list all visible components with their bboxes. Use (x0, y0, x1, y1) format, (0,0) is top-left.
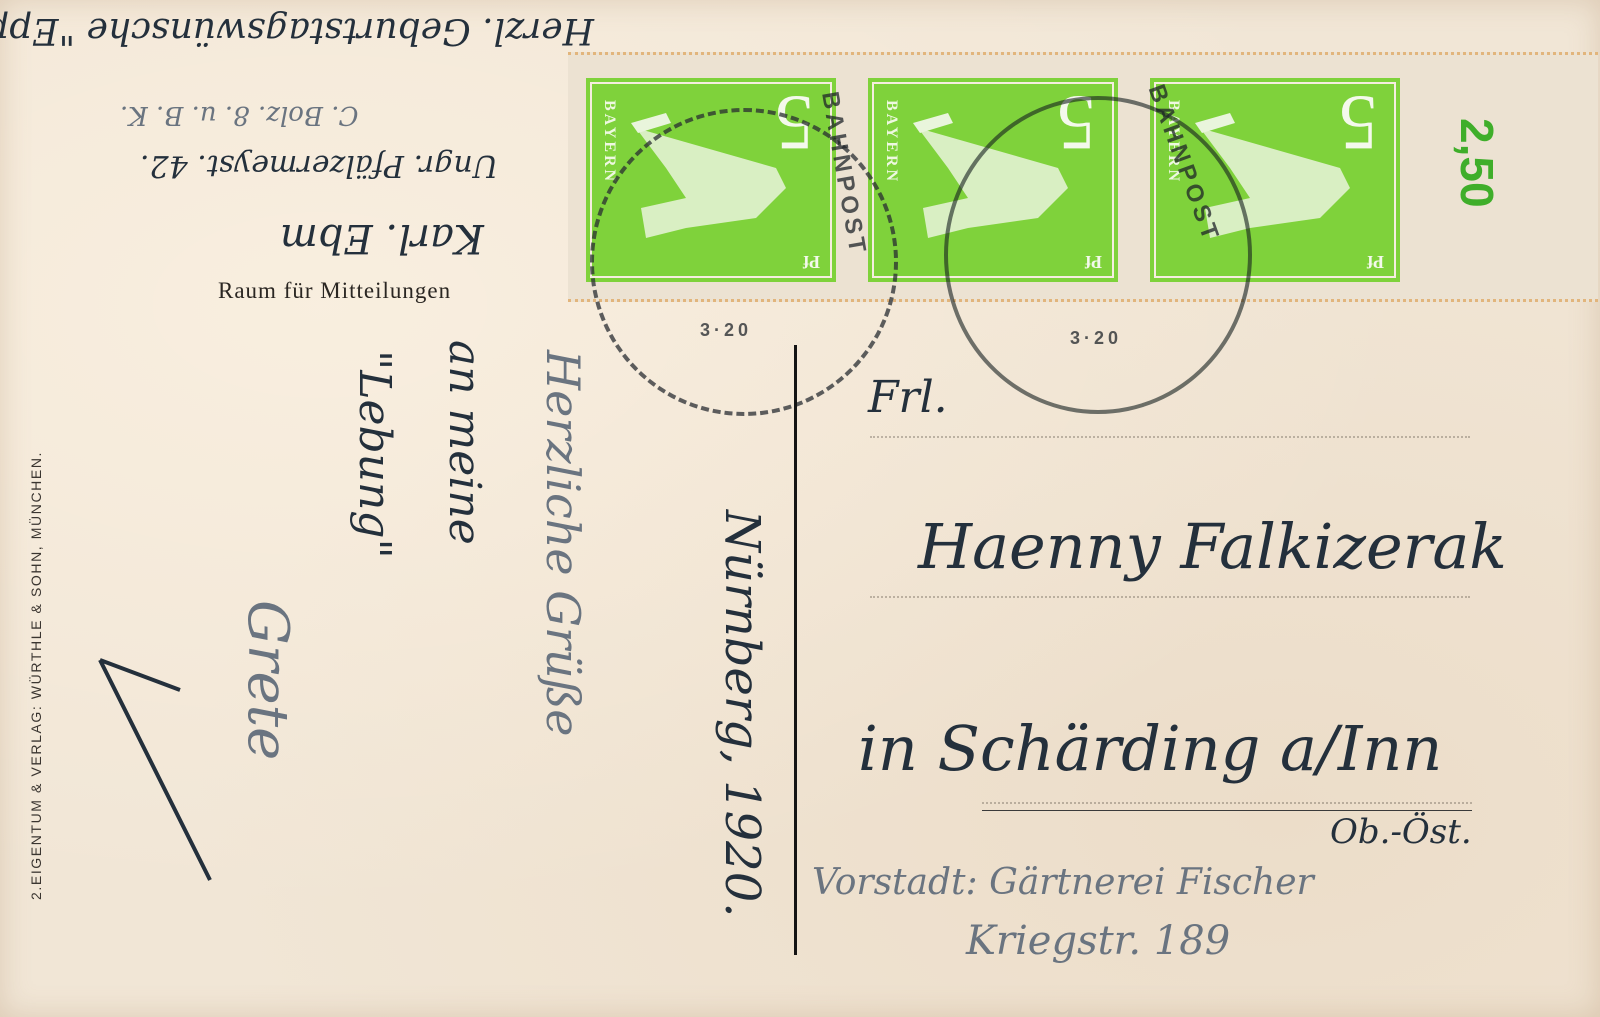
message-signature: Grete (235, 600, 300, 760)
address-line-1 (870, 436, 1470, 438)
postmark-2 (944, 96, 1252, 414)
message-upside-down-4: Karl. Ebm (280, 215, 484, 261)
message-upside-down-2: C. Bolz. 8. u. B. K. (120, 100, 358, 130)
address-line-3 (982, 802, 1472, 804)
stamp-country: BAYERN (598, 100, 618, 184)
postmark-2-date: 3·20 (1070, 328, 1122, 349)
address-name: Haenny Falkizerak (918, 510, 1507, 583)
address-district: Vorstadt: Gärtnerei Fischer (812, 862, 1314, 903)
stamp-denomination: 5 (1339, 84, 1378, 162)
message-upside-down-1: Herzl. Geburtstagswünsche "Epp (44, 10, 594, 51)
address-salutation: Frl. (868, 372, 948, 423)
address-divider (794, 345, 797, 955)
signature-flourish-icon (90, 640, 220, 890)
message-vertical-4: "Lebung" (349, 350, 400, 559)
postmark-1-date: 3·20 (700, 320, 752, 341)
stamp-unit: Pf (1367, 251, 1384, 272)
address-region: Ob.-Öst. (1330, 812, 1472, 852)
address-underline (982, 810, 1472, 811)
message-area-label: Raum für Mitteilungen (218, 278, 451, 304)
message-upside-down-3: Ungr. Pfälzermeyst. 42. (140, 148, 498, 183)
stamp-country: BAYERN (880, 100, 900, 184)
message-vertical-2: Herzliche Grüße (536, 350, 590, 737)
address-line-2 (870, 596, 1470, 598)
message-vertical-3: an meine (439, 340, 490, 545)
sheet-margin-value: 2,50 (1450, 118, 1504, 208)
message-vertical-1: Nürnberg, 1920. (714, 510, 770, 918)
address-street: Kriegstr. 189 (966, 918, 1230, 964)
postcard-back: 2.EIGENTUM & VERLAG: WÜRTHLE & SOHN, MÜN… (0, 0, 1600, 1017)
address-city: in Schärding a/Inn (858, 712, 1442, 785)
publisher-imprint: 2.EIGENTUM & VERLAG: WÜRTHLE & SOHN, MÜN… (28, 451, 44, 900)
